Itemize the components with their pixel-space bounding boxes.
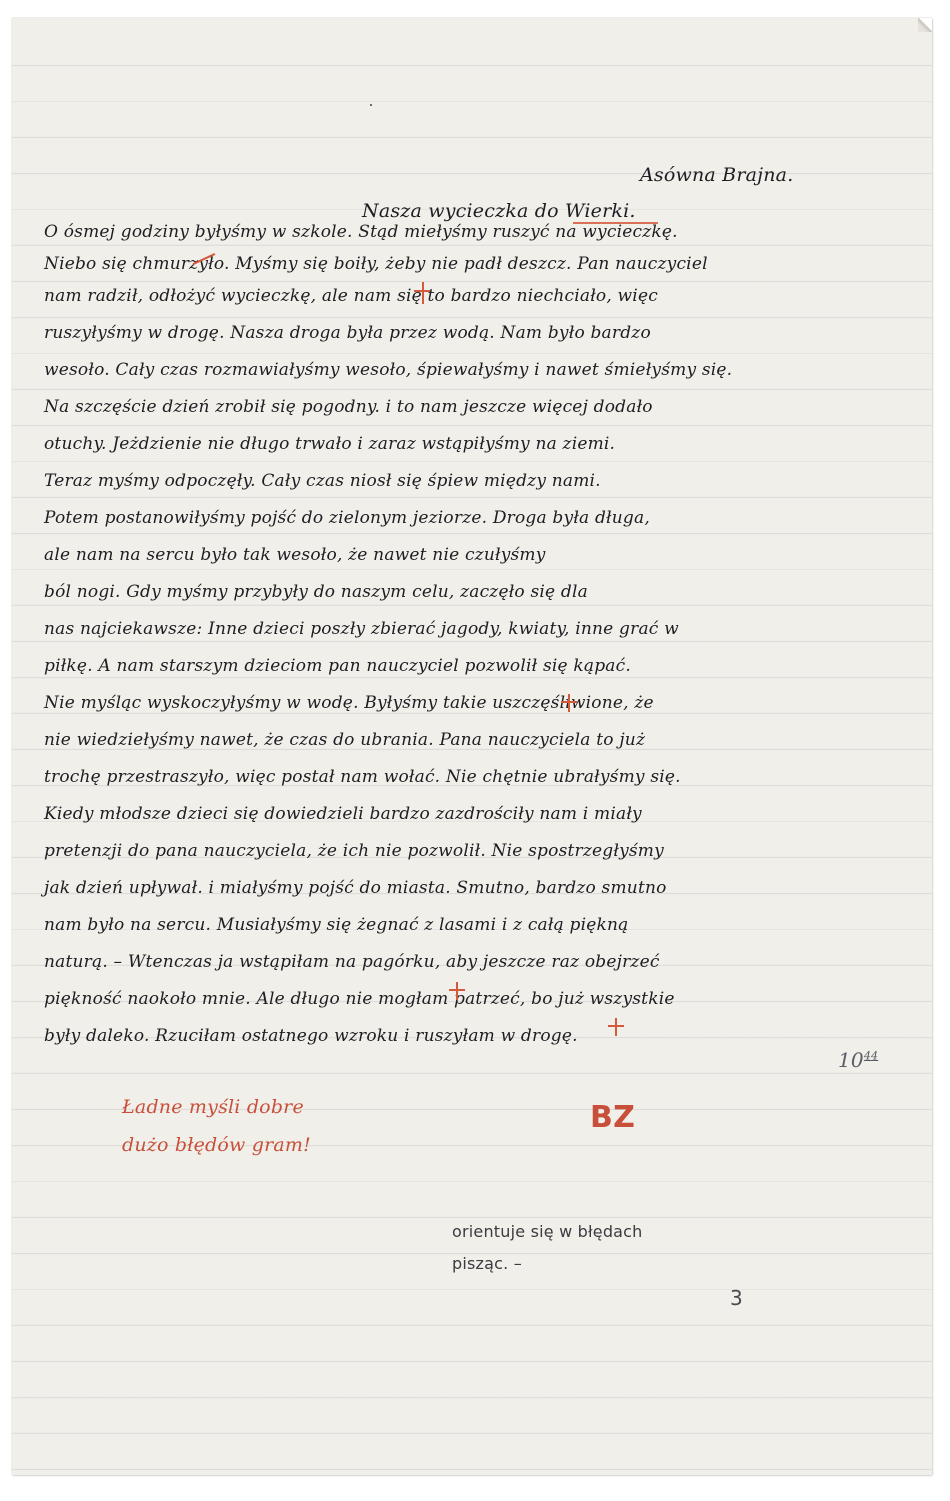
essay-line: ale nam na sercu było tak wesoło, że naw… bbox=[44, 545, 546, 565]
page-corner-curl bbox=[918, 18, 932, 32]
margin-number-main: 10 bbox=[838, 1048, 864, 1072]
pencil-note-line-2: pisząc. – bbox=[452, 1254, 522, 1273]
essay-line: trochę przestraszyło, więc postał nam wo… bbox=[44, 767, 681, 787]
essay-line: piękność naokoło mnie. Ale długo nie mog… bbox=[44, 989, 675, 1009]
essay-line: pretenzji do pana nauczyciela, że ich ni… bbox=[44, 841, 664, 861]
essay-line: Potem postanowiłyśmy pojść do zielonym j… bbox=[44, 508, 650, 528]
author-name: Asówna Brajna. bbox=[640, 164, 793, 186]
ink-speck bbox=[370, 104, 372, 106]
red-plus-mark bbox=[615, 1018, 617, 1036]
essay-line: O ósmej godziny byłyśmy w szkole. Stąd m… bbox=[44, 222, 678, 242]
teacher-initials: BZ bbox=[590, 1100, 635, 1135]
essay-line: Na szczęście dzień zrobił się pogodny. i… bbox=[44, 397, 653, 417]
pencil-note-line-1: orientuje się w błędach bbox=[452, 1222, 643, 1241]
document-sheet: Asówna Brajna. Nasza wycieczka do Wierki… bbox=[12, 18, 932, 1475]
essay-line: wesoło. Cały czas rozmawiałyśmy wesoło, … bbox=[44, 360, 732, 380]
essay-line: jak dzień upływał. i miałyśmy pojść do m… bbox=[44, 878, 667, 898]
red-plus-mark bbox=[608, 1025, 624, 1027]
page-number: 3 bbox=[730, 1286, 743, 1310]
essay-line: Niebo się chmurzyło. Myśmy się boiły, że… bbox=[44, 254, 708, 274]
red-plus-mark bbox=[414, 290, 430, 292]
teacher-comment-line-2: dużo błędów gram! bbox=[122, 1134, 311, 1156]
teacher-comment-line-1: Ładne myśli dobre bbox=[122, 1096, 304, 1118]
essay-line: Nie myśląc wyskoczyłyśmy w wodę. Byłyśmy… bbox=[44, 693, 654, 713]
red-plus-mark bbox=[422, 282, 424, 304]
red-plus-mark bbox=[456, 982, 458, 1000]
red-plus-mark bbox=[449, 989, 465, 991]
essay-line: nas najciekawsze: Inne dzieci poszły zbi… bbox=[44, 619, 679, 639]
essay-line: naturą. – Wtenczas ja wstąpiłam na pagór… bbox=[44, 952, 660, 972]
red-plus-mark bbox=[561, 701, 577, 703]
essay-line: ból nogi. Gdy myśmy przybyły do naszym c… bbox=[44, 582, 588, 602]
essay-line: nam radził, odłożyć wycieczkę, ale nam s… bbox=[44, 286, 658, 306]
essay-line: nam było na sercu. Musiałyśmy się żegnać… bbox=[44, 915, 629, 935]
essay-line: otuchy. Jeżdzienie nie długo trwało i za… bbox=[44, 434, 615, 454]
margin-number: 1044 bbox=[838, 1048, 878, 1072]
essay-line: były daleko. Rzuciłam ostatnego wzroku i… bbox=[44, 1026, 578, 1046]
essay-line: nie wiedziełyśmy nawet, że czas do ubran… bbox=[44, 730, 645, 750]
essay-line: ruszyłyśmy w drogę. Nasza droga była prz… bbox=[44, 323, 651, 343]
essay-line: Teraz myśmy odpoczęły. Cały czas niosł s… bbox=[44, 471, 601, 491]
red-plus-mark bbox=[568, 694, 570, 712]
essay-title-text: Nasza wycieczka do Wierki. bbox=[362, 200, 636, 222]
essay-line: Kiedy młodsze dzieci się dowiedzieli bar… bbox=[44, 804, 642, 824]
essay-line: piłkę. A nam starszym dzieciom pan naucz… bbox=[44, 656, 631, 676]
margin-number-superscript: 44 bbox=[864, 1049, 878, 1062]
essay-title: Nasza wycieczka do Wierki. bbox=[362, 200, 636, 222]
